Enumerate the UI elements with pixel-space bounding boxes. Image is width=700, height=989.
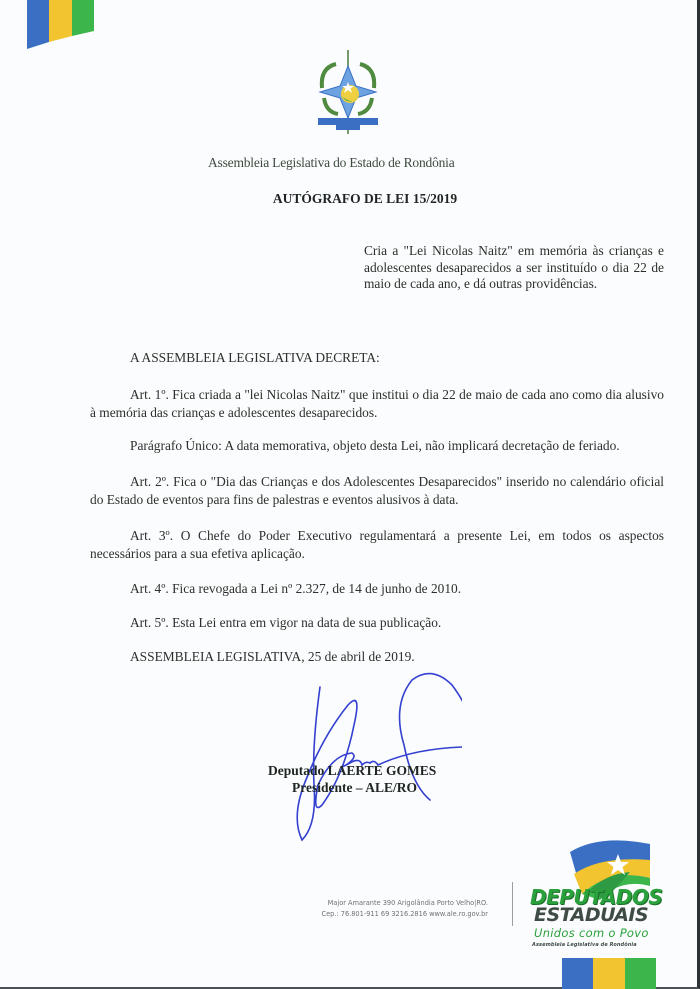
rondonia-crest-icon <box>312 48 384 136</box>
footer-address: Major Amarante 390 Arigolândia Porto Vel… <box>290 898 488 920</box>
footer-divider <box>512 882 513 926</box>
stripe-green <box>625 958 656 989</box>
document-page: Assembleia Legislativa do Estado de Rond… <box>0 0 700 989</box>
stripe-blue <box>562 958 593 989</box>
article-2: Art. 2º. Fica o "Dia das Crianças e dos … <box>90 473 664 509</box>
sole-paragraph: Parágrafo Único: A data memorativa, obje… <box>90 437 664 455</box>
place-and-date: ASSEMBLEIA LEGISLATIVA, 25 de abril de 2… <box>130 648 700 666</box>
brand-title-line-2: ESTADUAIS <box>534 904 648 926</box>
bottom-flag-stripes <box>562 958 656 989</box>
deputados-estaduais-logo: DEPUTADOS ESTADUAIS Unidos com o Povo As… <box>520 838 670 958</box>
decree-heading: A ASSEMBLEIA LEGISLATIVA DECRETA: <box>130 349 700 367</box>
brand-subtitle: Assembleia Legislativa de Rondônia <box>532 942 637 948</box>
brand-slogan: Unidos com o Povo <box>534 926 649 940</box>
article-5: Art. 5º. Esta Lei entra em vigor na data… <box>90 614 664 632</box>
signer-name: Deputado LAERTE GOMES <box>268 763 436 779</box>
stripe-yellow <box>593 958 624 989</box>
article-3: Art. 3º. O Chefe do Poder Executivo regu… <box>90 527 664 563</box>
address-line-1: Major Amarante 390 Arigolândia Porto Vel… <box>290 898 488 909</box>
handwritten-signature-icon <box>262 665 462 845</box>
signer-role: Presidente – ALE/RO <box>292 780 417 796</box>
law-summary: Cria a "Lei Nicolas Naitz" em memória às… <box>364 243 664 293</box>
flag-stripes-icon <box>27 0 94 50</box>
document-title: AUTÓGRAFO DE LEI 15/2019 <box>0 191 700 207</box>
article-4: Art. 4º. Fica revogada a Lei nº 2.327, d… <box>90 580 664 598</box>
article-1: Art. 1º. Fica criada a "lei Nicolas Nait… <box>90 386 664 422</box>
organization-name: Assembleia Legislativa do Estado de Rond… <box>208 155 455 171</box>
address-line-2: Cep.: 76.801-911 69 3216.2816 www.ale.ro… <box>290 909 488 920</box>
